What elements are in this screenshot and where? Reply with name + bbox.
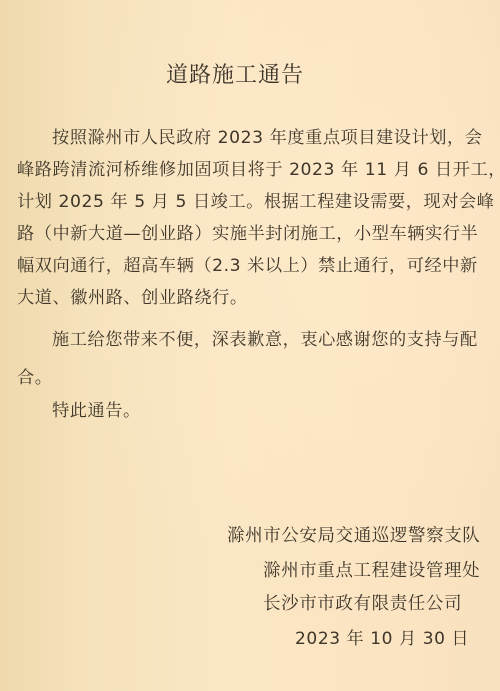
paragraph-2-line-1: 施工给您带来不便，深表歉意，衷心感谢您的支持与配	[52, 325, 478, 350]
notice-title: 道路施工通告	[0, 58, 470, 89]
signatory-key-projects-office: 滁州市重点工程建设管理处	[263, 557, 480, 582]
paragraph-1-line-2: 峰路跨清流河桥维修加固项目将于 2023 年 11 月 6 日开工，	[17, 155, 500, 180]
paragraph-1-line-6: 大道、徽州路、创业路绕行。	[17, 283, 248, 308]
paragraph-1-line-4: 路（中新大道—创业路）实施半封闭施工，小型车辆实行半	[17, 219, 478, 244]
paragraph-1-line-1: 按照滁州市人民政府 2023 年度重点项目建设计划，会	[52, 123, 482, 148]
notice-paper: 道路施工通告 按照滁州市人民政府 2023 年度重点项目建设计划，会 峰路跨清流…	[0, 0, 500, 691]
signatory-traffic-police: 滁州市公安局交通巡逻警察支队	[227, 522, 480, 547]
paragraph-2-line-2: 合。	[17, 363, 52, 388]
signatory-municipal-company: 长沙市市政有限责任公司	[263, 590, 462, 615]
paragraph-1-line-5: 幅双向通行，超高车辆（2.3 米以上）禁止通行，可经中新	[17, 251, 478, 276]
closing-line: 特此通告。	[52, 396, 141, 421]
paragraph-1-line-3: 计划 2025 年 5 月 5 日竣工。根据工程建设需要，现对会峰	[17, 187, 494, 212]
notice-date: 2023 年 10 月 30 日	[295, 624, 469, 649]
